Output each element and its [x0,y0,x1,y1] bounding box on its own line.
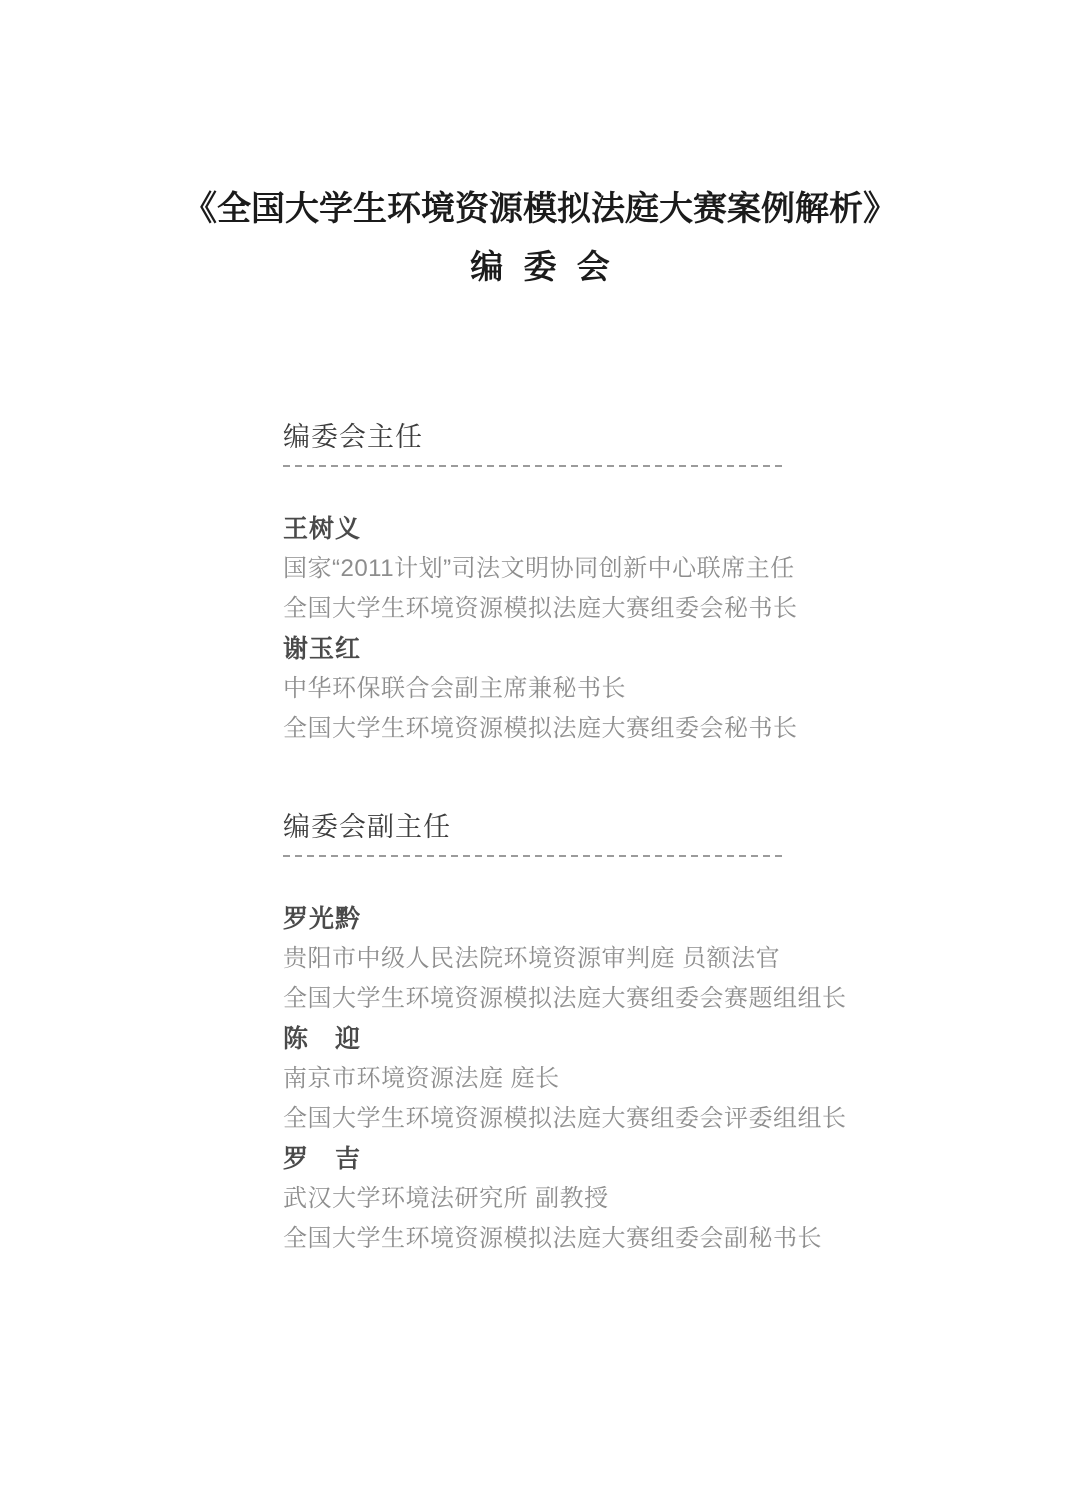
member-entry: 陈 迎 南京市环境资源法庭 庭长 全国大学生环境资源模拟法庭大赛组委会评委组组长 [283,1019,786,1139]
member-entry: 罗 吉 武汉大学环境法研究所 副教授 全国大学生环境资源模拟法庭大赛组委会副秘书… [283,1139,786,1259]
dashed-divider [283,465,786,467]
editorial-board-subtitle: 编 委 会 [0,248,1080,288]
section-heading-chairman: 编委会主任 [283,420,786,454]
member-role: 南京市环境资源法庭 庭长 [283,1059,786,1099]
member-list-chairman: 王树义 国家“2011计划”司法文明协同创新中心联席主任 全国大学生环境资源模拟… [283,509,786,749]
section-chairman: 编委会主任 王树义 国家“2011计划”司法文明协同创新中心联席主任 全国大学生… [283,420,786,749]
member-name: 罗光黔 [283,899,786,939]
dashed-divider [283,855,786,857]
member-role: 中华环保联合会副主席兼秘书长 [283,669,786,709]
member-role: 武汉大学环境法研究所 副教授 [283,1179,786,1219]
member-role: 全国大学生环境资源模拟法庭大赛组委会秘书长 [283,709,786,749]
member-role: 国家“2011计划”司法文明协同创新中心联席主任 [283,549,786,589]
section-vice-chairman: 编委会副主任 罗光黔 贵阳市中级人民法院环境资源审判庭 员额法官 全国大学生环境… [283,810,786,1259]
member-role: 全国大学生环境资源模拟法庭大赛组委会副秘书长 [283,1219,786,1259]
member-name: 罗 吉 [283,1139,786,1179]
book-title: 《全国大学生环境资源模拟法庭大赛案例解析》 [0,188,1080,232]
title-block: 《全国大学生环境资源模拟法庭大赛案例解析》 编 委 会 [0,188,1080,288]
member-list-vice-chairman: 罗光黔 贵阳市中级人民法院环境资源审判庭 员额法官 全国大学生环境资源模拟法庭大… [283,899,786,1259]
member-name: 王树义 [283,509,786,549]
member-role: 贵阳市中级人民法院环境资源审判庭 员额法官 [283,939,786,979]
member-name: 陈 迎 [283,1019,786,1059]
member-role: 全国大学生环境资源模拟法庭大赛组委会赛题组组长 [283,979,786,1019]
member-entry: 王树义 国家“2011计划”司法文明协同创新中心联席主任 全国大学生环境资源模拟… [283,509,786,629]
member-role: 全国大学生环境资源模拟法庭大赛组委会秘书长 [283,589,786,629]
member-entry: 罗光黔 贵阳市中级人民法院环境资源审判庭 员额法官 全国大学生环境资源模拟法庭大… [283,899,786,1019]
member-name: 谢玉红 [283,629,786,669]
member-role: 全国大学生环境资源模拟法庭大赛组委会评委组组长 [283,1099,786,1139]
section-heading-vice-chairman: 编委会副主任 [283,810,786,844]
member-entry: 谢玉红 中华环保联合会副主席兼秘书长 全国大学生环境资源模拟法庭大赛组委会秘书长 [283,629,786,749]
